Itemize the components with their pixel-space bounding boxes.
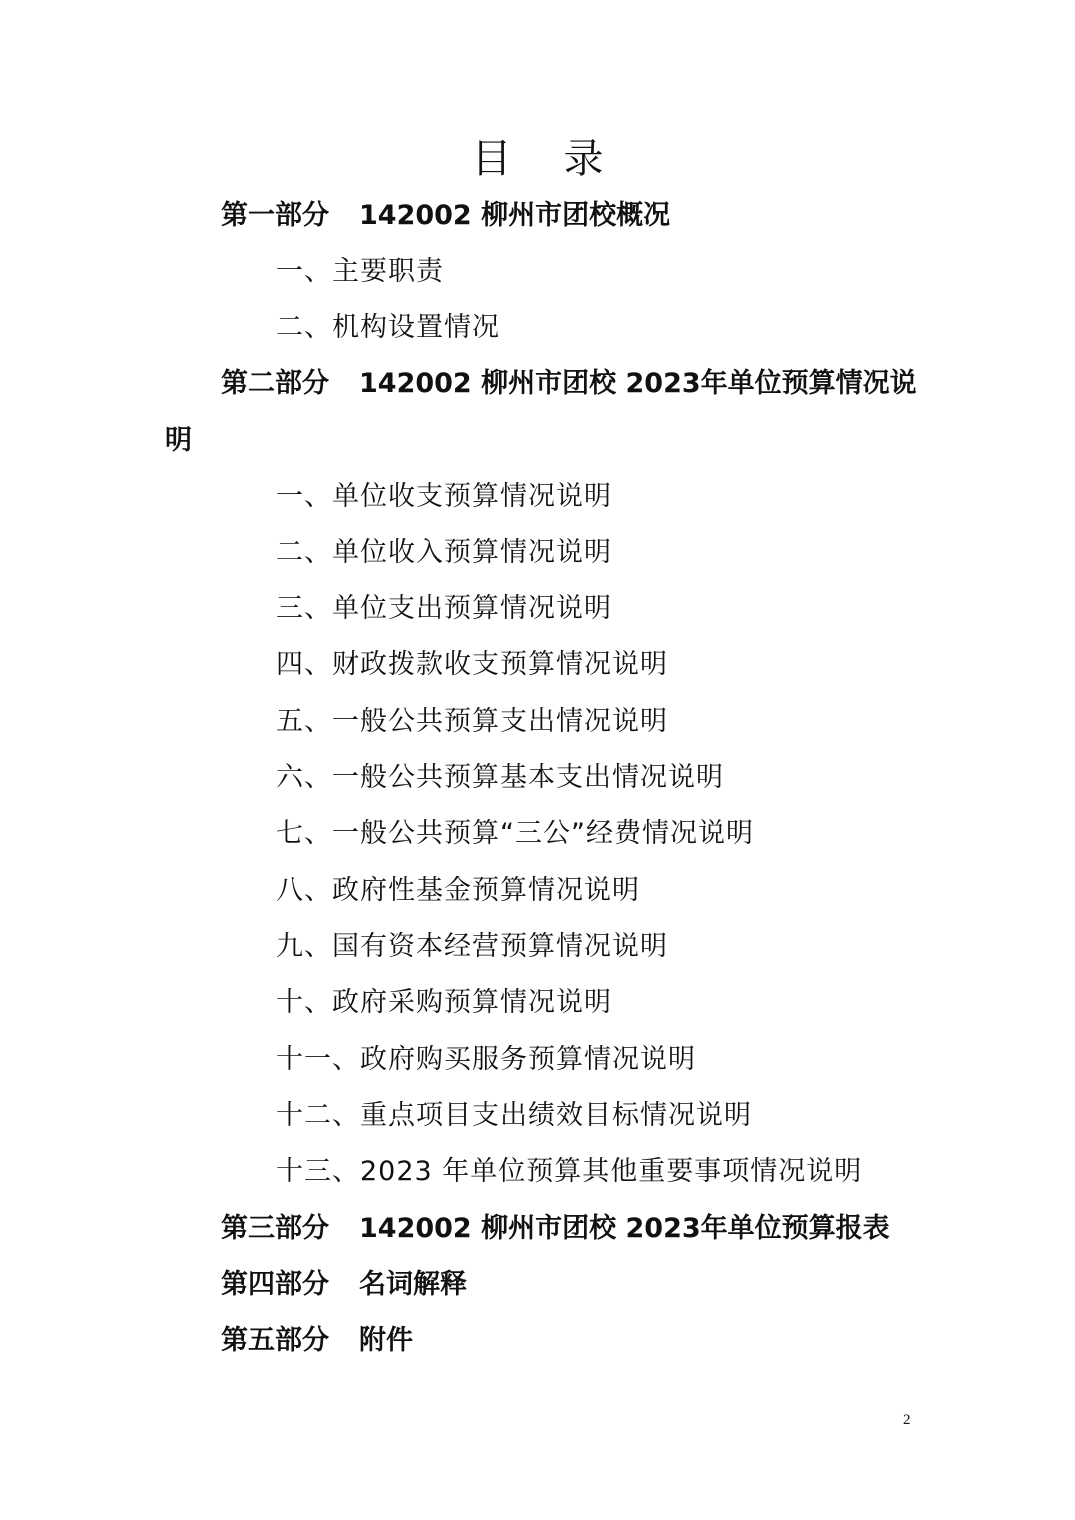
toc-item[interactable]: 一、单位收支预算情况说明 xyxy=(276,479,612,515)
toc-title-char-2: 录 xyxy=(564,136,604,182)
toc-title: 目录 xyxy=(0,133,1075,185)
toc-part-1[interactable]: 第一部分142002 柳州市团校概况 xyxy=(221,198,670,234)
toc-item[interactable]: 十三、2023 年单位预算其他重要事项情况说明 xyxy=(276,1154,862,1190)
toc-part-2-label: 第二部分 xyxy=(221,368,329,399)
toc-part-1-label: 第一部分 xyxy=(221,200,329,231)
toc-part-4[interactable]: 第四部分名词解释 xyxy=(221,1267,467,1303)
toc-title-char-1: 目 xyxy=(472,136,512,182)
toc-part-2[interactable]: 第二部分142002 柳州市团校 2023年单位预算情况说 xyxy=(221,366,917,402)
toc-item[interactable]: 十二、重点项目支出绩效目标情况说明 xyxy=(276,1098,752,1134)
toc-item[interactable]: 九、国有资本经营预算情况说明 xyxy=(276,929,668,965)
toc-part-5[interactable]: 第五部分附件 xyxy=(221,1323,413,1359)
toc-part-3-label: 第三部分 xyxy=(221,1213,329,1244)
toc-item[interactable]: 三、单位支出预算情况说明 xyxy=(276,591,612,627)
toc-part-2-text: 142002 柳州市团校 2023年单位预算情况说 xyxy=(359,368,917,399)
toc-part-3-text: 142002 柳州市团校 2023年单位预算报表 xyxy=(359,1213,890,1244)
toc-part-5-label: 第五部分 xyxy=(221,1325,329,1356)
toc-part-3[interactable]: 第三部分142002 柳州市团校 2023年单位预算报表 xyxy=(221,1211,890,1247)
toc-item[interactable]: 六、一般公共预算基本支出情况说明 xyxy=(276,760,724,796)
toc-item[interactable]: 十一、政府购买服务预算情况说明 xyxy=(276,1042,696,1078)
toc-item[interactable]: 四、财政拨款收支预算情况说明 xyxy=(276,647,668,683)
toc-item[interactable]: 十、政府采购预算情况说明 xyxy=(276,985,612,1021)
toc-part-2-wrap[interactable]: 明 xyxy=(165,423,192,459)
document-page: 目录 第一部分142002 柳州市团校概况 一、主要职责 二、机构设置情况 第二… xyxy=(0,0,1075,1520)
page-number: 2 xyxy=(903,1411,911,1429)
toc-part-4-text: 名词解释 xyxy=(359,1269,467,1300)
toc-item[interactable]: 七、一般公共预算“三公”经费情况说明 xyxy=(276,816,754,852)
toc-part-4-label: 第四部分 xyxy=(221,1269,329,1300)
toc-item[interactable]: 二、单位收入预算情况说明 xyxy=(276,535,612,571)
toc-item[interactable]: 二、机构设置情况 xyxy=(276,310,500,346)
toc-item[interactable]: 五、一般公共预算支出情况说明 xyxy=(276,704,668,740)
toc-item[interactable]: 八、政府性基金预算情况说明 xyxy=(276,873,640,909)
toc-part-1-text: 142002 柳州市团校概况 xyxy=(359,200,670,231)
toc-item[interactable]: 一、主要职责 xyxy=(276,254,444,290)
toc-part-5-text: 附件 xyxy=(359,1325,413,1356)
